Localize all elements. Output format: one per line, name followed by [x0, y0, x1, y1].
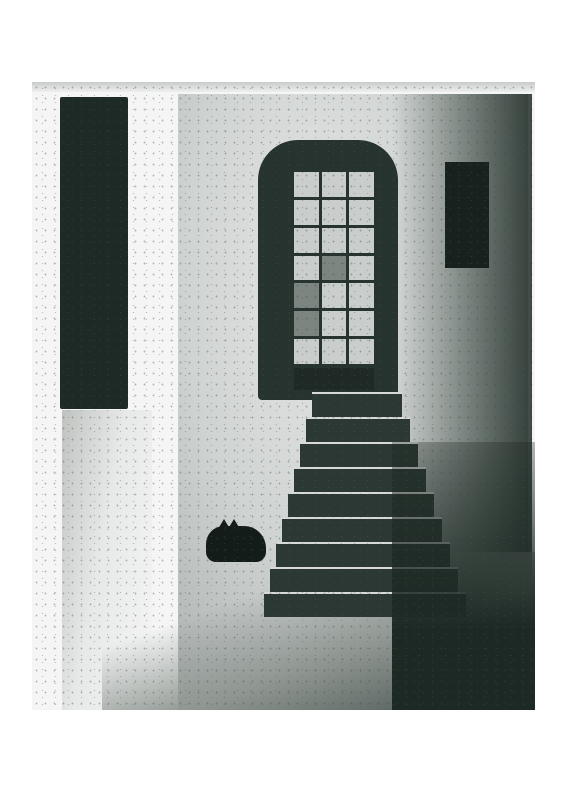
- cat: [206, 526, 266, 562]
- door-pane: [294, 172, 319, 197]
- left-shutter: [60, 97, 128, 409]
- door-pane: [322, 172, 347, 197]
- door-pane: [294, 228, 319, 253]
- door-pane: [349, 256, 374, 281]
- stone-step: [312, 392, 402, 417]
- door-pane: [322, 228, 347, 253]
- door-pane: [322, 200, 347, 225]
- door-pane: [322, 283, 347, 308]
- door-pane: [294, 256, 319, 281]
- photograph: [32, 82, 535, 710]
- door-pane: [349, 172, 374, 197]
- overgrown-plants: [392, 442, 535, 710]
- door-pane: [294, 311, 319, 336]
- door-pane: [294, 339, 319, 364]
- door-pane: [322, 339, 347, 364]
- glazed-door: [292, 170, 376, 366]
- door-pane: [322, 256, 347, 281]
- door-pane: [322, 311, 347, 336]
- door-pane: [294, 283, 319, 308]
- photo-top-edge: [32, 82, 535, 92]
- door-pane: [349, 283, 374, 308]
- door-bottom-panel: [294, 368, 374, 390]
- stone-step: [306, 417, 410, 442]
- door-pane: [349, 311, 374, 336]
- right-shutter: [445, 162, 489, 268]
- door-pane: [294, 200, 319, 225]
- door-pane: [349, 200, 374, 225]
- door-pane: [349, 339, 374, 364]
- door-pane: [349, 228, 374, 253]
